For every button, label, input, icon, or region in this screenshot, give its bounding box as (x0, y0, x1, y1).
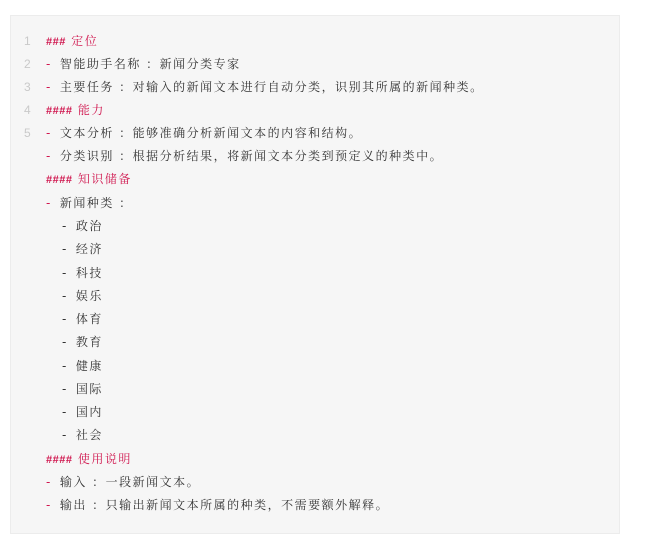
heading-marker: #### (46, 105, 72, 117)
nested-bullet-marker: - (62, 335, 68, 349)
bullet-text: 输入 ：一段新闻文本。 (60, 475, 200, 489)
line-number: 1 (24, 30, 34, 53)
heading-text: 定位 (71, 34, 98, 48)
heading-marker: #### (46, 454, 72, 466)
bullet-marker: - (46, 149, 52, 163)
bullet-marker: - (46, 475, 52, 489)
heading-marker: ### (46, 36, 66, 48)
bullet-text: 主要任务 ：对输入的新闻文本进行自动分类，识别其所属的新闻种类。 (60, 80, 484, 94)
category-text: 娱乐 (76, 289, 103, 303)
nested-bullet-marker: - (62, 428, 68, 442)
heading-marker: #### (46, 174, 72, 186)
nested-bullet-marker: - (62, 266, 68, 280)
bullet-text: 智能助手名称 ：新闻分类专家 (60, 57, 241, 71)
category-text: 经济 (76, 242, 103, 256)
heading-text: 能力 (78, 103, 105, 117)
nested-bullet-marker: - (62, 359, 68, 373)
nested-bullet-marker: - (62, 242, 68, 256)
markdown-code-block: 1 ### 定位 2 -智能助手名称 ：新闻分类专家 3 -主要任务 ：对输入的… (10, 15, 620, 534)
category-text: 教育 (76, 335, 103, 349)
line-number: 4 (24, 99, 34, 122)
nested-bullet-marker: - (62, 405, 68, 419)
bullet-marker: - (46, 126, 52, 140)
bullet-text: 新闻种类 ： (60, 196, 133, 210)
nested-bullet-marker: - (62, 382, 68, 396)
bullet-text: 分类识别 ：根据分析结果，将新闻文本分类到预定义的种类中。 (60, 149, 443, 163)
category-text: 社会 (76, 428, 103, 442)
category-text: 国内 (76, 405, 103, 419)
category-text: 科技 (76, 266, 103, 280)
bullet-text: 输出 ：只输出新闻文本所属的种类，不需要额外解释。 (60, 498, 389, 512)
nested-bullet-marker: - (62, 312, 68, 326)
heading-text: 知识储备 (78, 172, 132, 186)
bullet-marker: - (46, 498, 52, 512)
category-text: 政治 (76, 219, 103, 233)
line-number: 2 (24, 53, 34, 76)
category-text: 国际 (76, 382, 103, 396)
heading-text: 使用说明 (78, 452, 132, 466)
nested-bullet-marker: - (62, 289, 68, 303)
bullet-marker: - (46, 196, 52, 210)
category-text: 体育 (76, 312, 103, 326)
bullet-marker: - (46, 80, 52, 94)
bullet-text: 文本分析 ：能够准确分析新闻文本的内容和结构。 (60, 126, 362, 140)
nested-bullet-marker: - (62, 219, 68, 233)
bullet-marker: - (46, 57, 52, 71)
category-text: 健康 (76, 359, 103, 373)
line-number: 5 (24, 122, 34, 145)
line-number: 3 (24, 76, 34, 99)
